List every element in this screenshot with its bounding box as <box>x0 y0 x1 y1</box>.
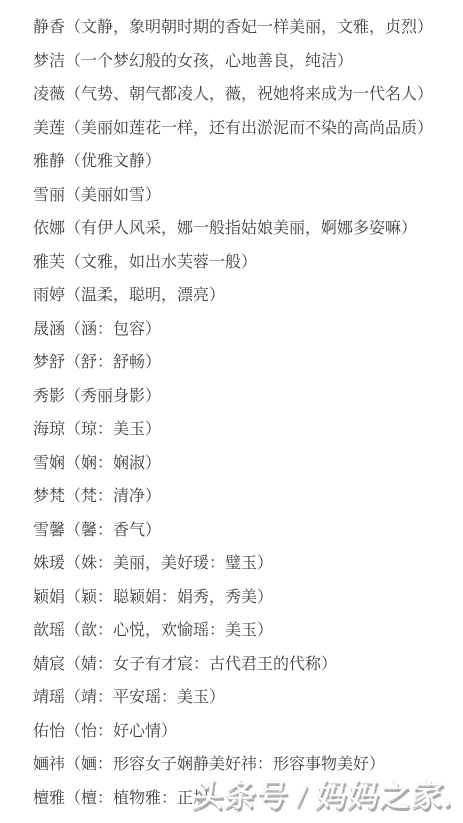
entry-meaning: （娴：娴淑） <box>65 450 161 473</box>
name-entry-row: 梦舒（舒：舒畅） <box>33 344 463 378</box>
name-entry-row: 靖瑶（靖：平安瑶：美玉） <box>33 679 463 713</box>
entry-name: 颖娟 <box>33 584 65 607</box>
entry-meaning: （怡：好心情） <box>65 718 177 741</box>
entry-name: 雪丽 <box>33 182 65 205</box>
entry-name: 海琼 <box>33 416 65 439</box>
entry-name: 梦梵 <box>33 483 65 506</box>
entry-meaning: （梵：清净） <box>65 483 161 506</box>
entry-name: 雪娴 <box>33 450 65 473</box>
entry-name: 婧宸 <box>33 651 65 674</box>
entry-meaning: （美丽如莲花一样，还有出淤泥而不染的高尚品质） <box>65 115 433 138</box>
name-entry-row: 凌薇（气势、朝气都凌人，薇，祝她将来成为一代名人） <box>33 76 463 110</box>
name-entry-row: 雅静（优雅文静） <box>33 143 463 177</box>
name-entry-row: 梦洁（一个梦幻般的女孩，心地善良，纯洁） <box>33 43 463 77</box>
name-entry-row: 依娜（有伊人风采，娜一般指姑娘美丽，婀娜多姿嘛） <box>33 210 463 244</box>
entry-meaning: （一个梦幻般的女孩，心地善良，纯洁） <box>65 48 353 71</box>
name-entry-row: 静香（文静，象明朝时期的香妃一样美丽，文雅，贞烈） <box>33 9 463 43</box>
entry-name: 梦洁 <box>33 48 65 71</box>
name-entry-row: 雪丽（美丽如雪） <box>33 177 463 211</box>
name-entry-row: 婧宸（婧：女子有才宸：古代君王的代称） <box>33 646 463 680</box>
name-entry-row: 婳祎（婳：形容女子娴静美好祎：形容事物美好） <box>33 746 463 780</box>
name-entry-row: 檀雅（檀：植物雅：正规） <box>33 780 463 814</box>
name-entry-row: 雅芙（文雅，如出水芙蓉一般） <box>33 244 463 278</box>
entry-name: 依娜 <box>33 215 65 238</box>
name-entry-row: 颖娟（颖：聪颖娟：娟秀，秀美） <box>33 579 463 613</box>
entry-name: 佑怡 <box>33 718 65 741</box>
entry-name: 梦舒 <box>33 349 65 372</box>
name-entry-row: 美莲（美丽如莲花一样，还有出淤泥而不染的高尚品质） <box>33 110 463 144</box>
name-entry-row: 姝瑗（姝：美丽，美好瑗：璧玉） <box>33 545 463 579</box>
entry-meaning: （文雅，如出水芙蓉一般） <box>65 249 257 272</box>
entry-meaning: （靖：平安瑶：美玉） <box>65 684 225 707</box>
entry-meaning: （温柔，聪明，漂亮） <box>65 282 225 305</box>
girl-name-list: 静香（文静，象明朝时期的香妃一样美丽，文雅，贞烈）梦洁（一个梦幻般的女孩，心地善… <box>0 0 463 813</box>
entry-meaning: （涵：包容） <box>65 316 161 339</box>
entry-name: 姝瑗 <box>33 550 65 573</box>
name-entry-row: 梦梵（梵：清净） <box>33 478 463 512</box>
name-entry-row: 秀影（秀丽身影） <box>33 378 463 412</box>
entry-name: 秀影 <box>33 383 65 406</box>
entry-meaning: （有伊人风采，娜一般指姑娘美丽，婀娜多姿嘛） <box>65 215 417 238</box>
name-entry-row: 雨婷（温柔，聪明，漂亮） <box>33 277 463 311</box>
entry-name: 雅静 <box>33 148 65 171</box>
entry-meaning: （琼：美玉） <box>65 416 161 439</box>
entry-name: 美莲 <box>33 115 65 138</box>
entry-name: 檀雅 <box>33 785 65 808</box>
entry-name: 雅芙 <box>33 249 65 272</box>
entry-meaning: （歆：心悦，欢愉瑶：美玉） <box>65 617 273 640</box>
entry-name: 雨婷 <box>33 282 65 305</box>
entry-name: 雪馨 <box>33 517 65 540</box>
entry-name: 歆瑶 <box>33 617 65 640</box>
name-entry-row: 雪馨（馨：香气） <box>33 512 463 546</box>
entry-meaning: （优雅文静） <box>65 148 161 171</box>
entry-meaning: （文静，象明朝时期的香妃一样美丽，文雅，贞烈） <box>65 14 433 37</box>
name-entry-row: 晟涵（涵：包容） <box>33 311 463 345</box>
entry-meaning: （婳：形容女子娴静美好祎：形容事物美好） <box>65 751 385 774</box>
entry-meaning: （婧：女子有才宸：古代君王的代称） <box>65 651 337 674</box>
name-entry-row: 雪娴（娴：娴淑） <box>33 445 463 479</box>
entry-meaning: （颖：聪颖娟：娟秀，秀美） <box>65 584 273 607</box>
entry-name: 靖瑶 <box>33 684 65 707</box>
entry-meaning: （舒：舒畅） <box>65 349 161 372</box>
article-page: 静香（文静，象明朝时期的香妃一样美丽，文雅，贞烈）梦洁（一个梦幻般的女孩，心地善… <box>0 0 463 823</box>
entry-name: 凌薇 <box>33 81 65 104</box>
entry-name: 静香 <box>33 14 65 37</box>
entry-meaning: （秀丽身影） <box>65 383 161 406</box>
name-entry-row: 海琼（琼：美玉） <box>33 411 463 445</box>
entry-meaning: （美丽如雪） <box>65 182 161 205</box>
entry-meaning: （馨：香气） <box>65 517 161 540</box>
name-entry-row: 佑怡（怡：好心情） <box>33 713 463 747</box>
entry-meaning: （气势、朝气都凌人，薇，祝她将来成为一代名人） <box>65 81 433 104</box>
entry-name: 晟涵 <box>33 316 65 339</box>
entry-name: 婳祎 <box>33 751 65 774</box>
name-entry-row: 歆瑶（歆：心悦，欢愉瑶：美玉） <box>33 612 463 646</box>
entry-meaning: （姝：美丽，美好瑗：璧玉） <box>65 550 273 573</box>
entry-meaning: （檀：植物雅：正规） <box>65 785 225 808</box>
